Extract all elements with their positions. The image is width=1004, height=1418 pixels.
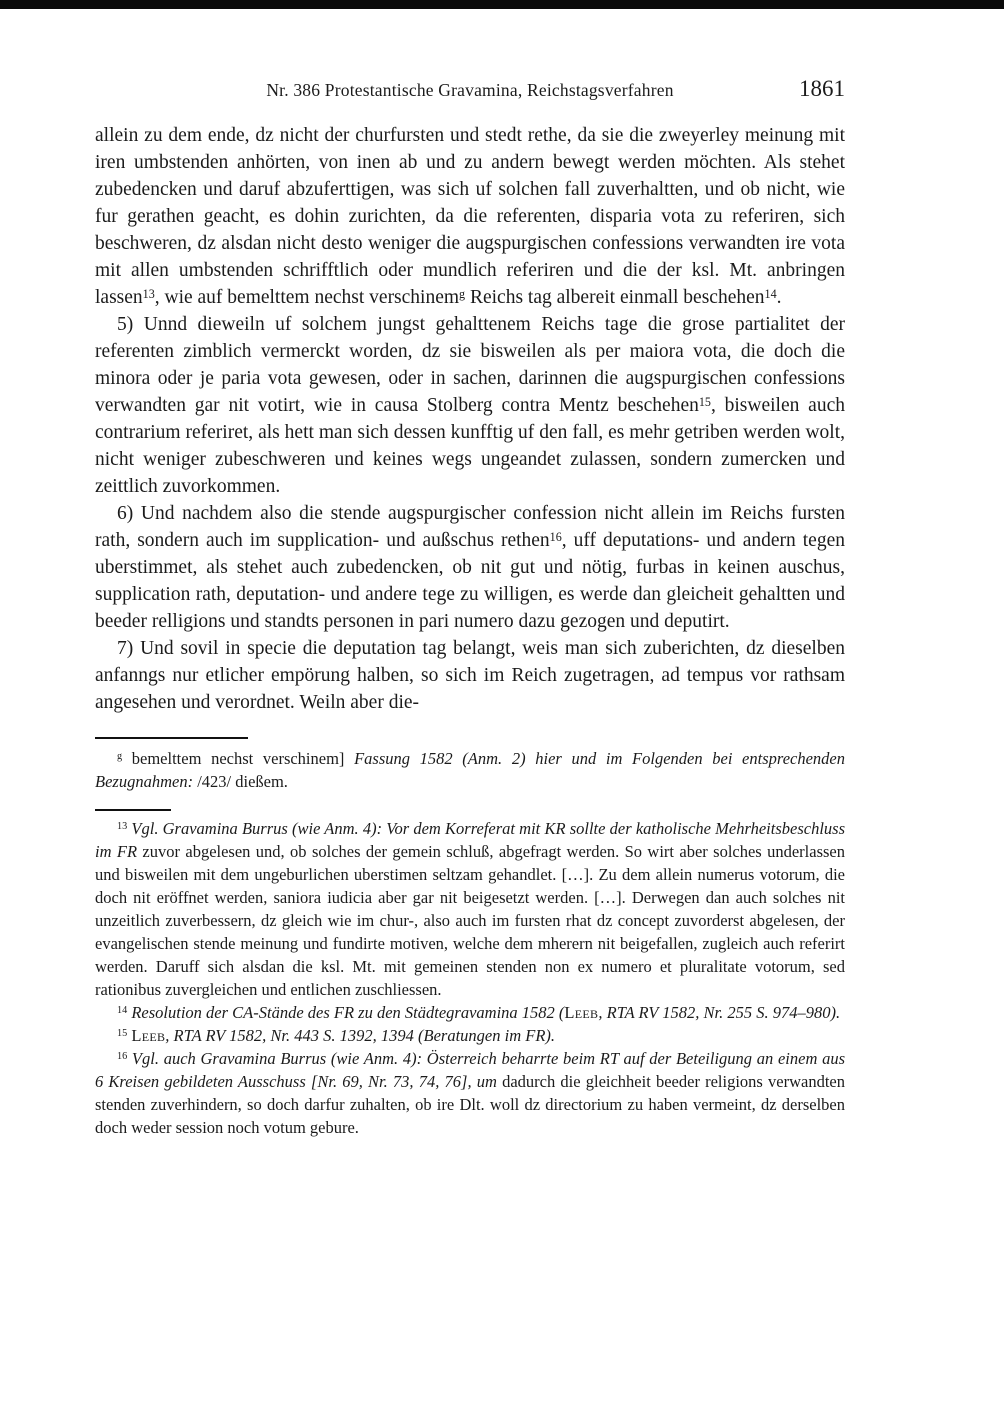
footnote-marker: 13 — [117, 821, 127, 832]
running-header: Nr. 386 Protestantische Gravamina, Reich… — [95, 80, 845, 106]
apparatus-note: g bemelttem nechst verschinem] Fassung 1… — [95, 747, 845, 793]
footnote-marker: 14 — [765, 287, 777, 301]
body-text: allein zu dem ende, dz nicht der churfur… — [95, 122, 845, 716]
footnote-marker: 16 — [117, 1051, 127, 1062]
text-segment: Leeb — [564, 1003, 598, 1022]
text-segment: Reichs tag albereit einmall beschehen — [465, 287, 764, 308]
footnotes: 13 Vgl. Gravamina Burrus (wie Anm. 4): V… — [95, 817, 845, 1139]
scan-edge-artifact — [0, 0, 1004, 9]
text-segment: /423/ dießem. — [193, 772, 288, 791]
footnote: 14 Resolution der CA-Stände des FR zu de… — [95, 1001, 845, 1024]
footnote-marker: 15 — [699, 395, 711, 409]
text-segment: , RTA RV 1582, Nr. 443 S. 1392, 1394 (Be… — [165, 1026, 555, 1045]
text-segment: . — [777, 287, 782, 308]
footnote-marker: 13 — [143, 287, 155, 301]
running-title: Nr. 386 Protestantische Gravamina, Reich… — [95, 80, 845, 101]
page-number: 1861 — [799, 76, 845, 102]
footnote: 16 Vgl. auch Gravamina Burrus (wie Anm. … — [95, 1047, 845, 1139]
text-segment: , wie auf bemelttem nechst verschinem — [155, 287, 459, 308]
body-paragraph: 6) Und nachdem also die stende augspurgi… — [95, 500, 845, 635]
footnote: 13 Vgl. Gravamina Burrus (wie Anm. 4): V… — [95, 817, 845, 1001]
text-segment: allein zu dem ende, dz nicht der churfur… — [95, 125, 845, 308]
apparatus-notes: g bemelttem nechst verschinem] Fassung 1… — [95, 747, 845, 793]
text-segment: bemelttem nechst verschinem] — [122, 749, 344, 768]
text-segment: Resolution der CA-Stände des FR zu den S… — [127, 1003, 564, 1022]
text-segment: , RTA RV 1582, Nr. 255 S. 974–980). — [598, 1003, 840, 1022]
body-paragraph: allein zu dem ende, dz nicht der churfur… — [95, 122, 845, 311]
footnote-marker: 15 — [117, 1028, 127, 1039]
text-segment: zuvor abgelesen und, ob solches der geme… — [95, 842, 845, 999]
footnote-marker: g — [459, 287, 465, 301]
text-segment: 7) Und sovil in specie die deputation ta… — [95, 638, 845, 713]
footnote-marker: g — [117, 751, 122, 762]
apparatus-separator-rule — [95, 737, 248, 739]
body-paragraph: 7) Und sovil in specie die deputation ta… — [95, 635, 845, 716]
footnote: 15 Leeb, RTA RV 1582, Nr. 443 S. 1392, 1… — [95, 1024, 845, 1047]
footnote-separator-rule — [95, 809, 171, 811]
body-paragraph: 5) Unnd dieweiln uf solchem jungst gehal… — [95, 311, 845, 500]
footnote-marker: 16 — [550, 530, 562, 544]
page-content: Nr. 386 Protestantische Gravamina, Reich… — [95, 80, 845, 1139]
book-page: Nr. 386 Protestantische Gravamina, Reich… — [0, 0, 1004, 1418]
footnote-marker: 14 — [117, 1005, 127, 1016]
text-segment: Leeb — [131, 1026, 165, 1045]
